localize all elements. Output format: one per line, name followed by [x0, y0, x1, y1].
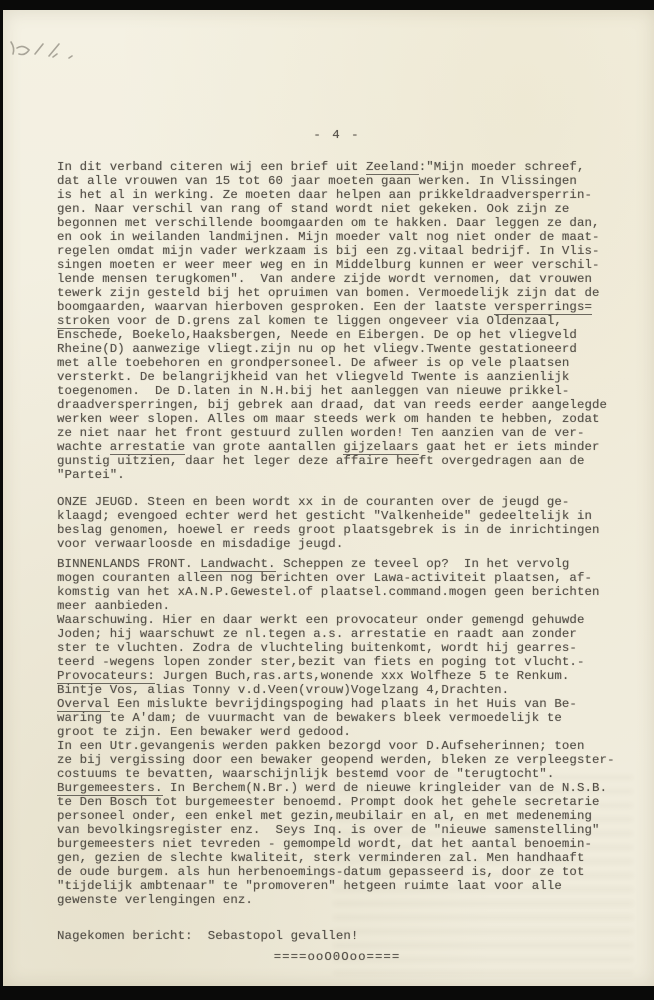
- text-line: In dit verband citeren wij een brief uit…: [57, 160, 617, 174]
- separator: ====ooO0Ooo====: [57, 950, 617, 964]
- paragraph: BINNENLANDS FRONT. Landwacht. Scheppen z…: [57, 557, 617, 907]
- paragraph: In dit verband citeren wij een brief uit…: [57, 160, 617, 482]
- text-line: ONZE JEUGD. Steen en been wordt xx in de…: [57, 495, 617, 509]
- text-line: draadversperringen, bij gebrek aan draad…: [57, 398, 617, 412]
- text-line: Rheine(D) aanwezige vliegt.zijn nu op he…: [57, 342, 617, 356]
- text-line: ze niet naar het front gestuurd zullen w…: [57, 426, 617, 440]
- text-line: klaagd; evengoed echter werd het gestich…: [57, 509, 617, 523]
- text-line: de oude burgem. als hun herbenoemings-da…: [57, 865, 617, 879]
- text-line: mogen couranten alleen nog berichten ove…: [57, 571, 617, 585]
- document-body: In dit verband citeren wij een brief uit…: [57, 160, 617, 907]
- text-line: Joden; hij waarschuwt ze nl.tegen a.s. a…: [57, 627, 617, 641]
- text-line: groot te zijn. Een bewaker werd gedood.: [57, 725, 617, 739]
- text-line: stroken voor de D.grens zal komen te lig…: [57, 314, 617, 328]
- text-line: voor verwaarloosde en misdadige jeugd.: [57, 537, 617, 551]
- text-line: Provocateurs: Jurgen Buch,ras.arts,wonen…: [57, 669, 617, 683]
- text-line: Burgemeesters. In Berchem(N.Br.) werd de…: [57, 781, 617, 795]
- text-line: burgemeesters niet tevreden - gemompeld …: [57, 837, 617, 851]
- text-line: werken weer slopen. Alles om maar steeds…: [57, 412, 617, 426]
- text-line: boomgaarden, waarvan hierboven gesproken…: [57, 300, 617, 314]
- page-number: - 4 -: [57, 128, 617, 142]
- text-line: regelen omdat mijn vader werkzaam is bij…: [57, 244, 617, 258]
- text-line: met alle toebehoren en grondpersoneel. D…: [57, 356, 617, 370]
- text-line: en ook in weilanden landmijnen. Mijn moe…: [57, 230, 617, 244]
- text-line: Bintje Vos, alias Tonny v.d.Veen(vrouw)V…: [57, 683, 617, 697]
- text-line: Overval Een mislukte bevrijdingspoging h…: [57, 697, 617, 711]
- paragraph: ONZE JEUGD. Steen en been wordt xx in de…: [57, 495, 617, 551]
- text-line: wachte arrestatie van grote aantallen gi…: [57, 440, 617, 454]
- text-line: toegenomen. De D.laten in N.H.bij het aa…: [57, 384, 617, 398]
- typewritten-text: - 4 - In dit verband citeren wij een bri…: [57, 128, 617, 964]
- text-line: "tijdelijk ambtenaar" te "promoveren" he…: [57, 879, 617, 893]
- pencil-annotation-icon: [9, 32, 119, 68]
- text-line: costuums te bevatten, waarschijnlijk bes…: [57, 767, 617, 781]
- text-line: te Den Bosch tot burgemeester benoemd. P…: [57, 795, 617, 809]
- scan-frame: { "colors": { "paper": "#f2eedf", "ink":…: [0, 0, 654, 1000]
- text-line: teerd -wegens lopen zonder ster,bezit va…: [57, 655, 617, 669]
- text-line: van bevolkingsregister enz. Seys Inq. is…: [57, 823, 617, 837]
- text-line: tewerk zijn gesteld bij het opruimen van…: [57, 286, 617, 300]
- text-line: gen, gezien de slechte kwaliteit, sterk …: [57, 851, 617, 865]
- closing-line: Nagekomen bericht: Sebastopol gevallen!: [57, 929, 617, 943]
- text-line: versterkt. De belangrijkheid van het vli…: [57, 370, 617, 384]
- text-line: In een Utr.gevangenis werden pakken bezo…: [57, 739, 617, 753]
- text-line: is het al in werking. Ze moeten daar hel…: [57, 188, 617, 202]
- text-line: waring te A'dam; de vuurmacht van de bew…: [57, 711, 617, 725]
- text-line: gen. Naar verschil van rang of stand wor…: [57, 202, 617, 216]
- text-line: dat alle vrouwen van 15 tot 60 jaar moet…: [57, 174, 617, 188]
- text-line: ze bij vergissing door een bewaker geope…: [57, 753, 617, 767]
- text-line: Waarschuwing. Hier en daar werkt een pro…: [57, 613, 617, 627]
- text-line: "Partei".: [57, 468, 617, 482]
- text-line: singen moeten er weer meer weg en in Mid…: [57, 258, 617, 272]
- text-line: gunstig uitzien, daar het leger deze aff…: [57, 454, 617, 468]
- text-line: meer aanbieden.: [57, 599, 617, 613]
- text-line: beslag genomen, hoewel er reeds groot pl…: [57, 523, 617, 537]
- text-line: ster te vluchten. Zodra de vluchteling b…: [57, 641, 617, 655]
- scanned-paper-page: - 4 - In dit verband citeren wij een bri…: [3, 10, 654, 986]
- text-line: komstig van het xA.N.P.Gewestel.of plaat…: [57, 585, 617, 599]
- text-line: lende mensen terugkomen". Van andere zij…: [57, 272, 617, 286]
- text-line: Enschede, Boekelo,Haaksbergen, Neede en …: [57, 328, 617, 342]
- text-line: BINNENLANDS FRONT. Landwacht. Scheppen z…: [57, 557, 617, 571]
- text-line: personeel onder, een enkel met gezin,meu…: [57, 809, 617, 823]
- text-line: gewenste verlengingen enz.: [57, 893, 617, 907]
- text-line: begonnen met verschillende boomgaarden o…: [57, 216, 617, 230]
